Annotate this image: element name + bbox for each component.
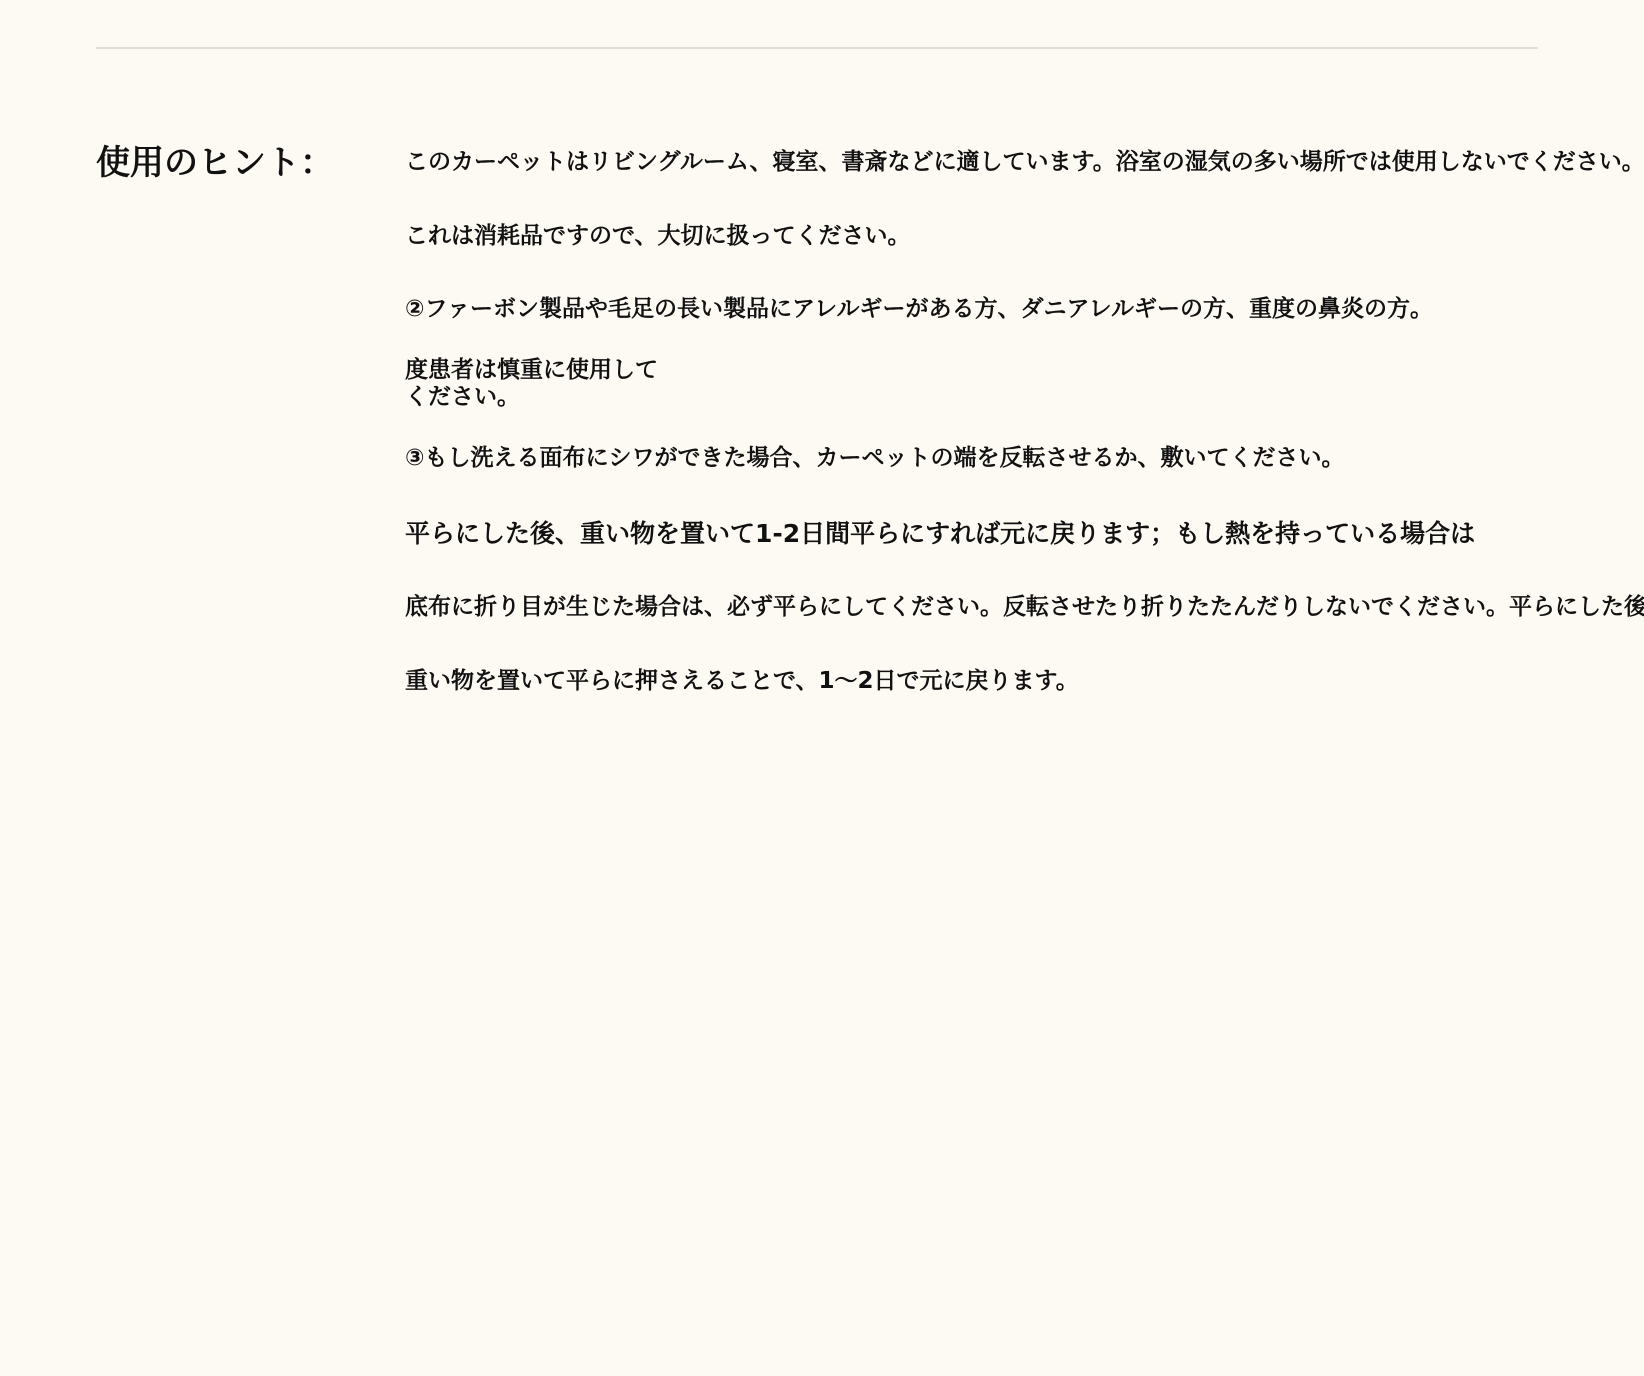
tip-line-press-flat: 重い物を置いて平らに押さえることで、1〜2日で元に戻ります。 xyxy=(405,667,1079,695)
tip-line-allergy-warning: ②ファーボン製品や毛足の長い製品にアレルギーがある方、ダニアレルギーの方、重度の… xyxy=(405,295,1433,323)
tip-line-wrinkle-fix: ③もし洗える面布にシワができた場合、カーペットの端を反転させるか、敷いてください… xyxy=(405,444,1344,472)
tip-line-flatten-weight: 平らにした後、重い物を置いて1-2日間平らにすれば元に戻ります；もし熱を持ってい… xyxy=(405,520,1475,548)
tip-line-allergy-caution-part2: ください。 xyxy=(405,384,658,411)
tip-line-backing-crease: 底布に折り目が生じた場合は、必ず平らにしてください。反転させたり折りたたんだりし… xyxy=(405,593,1644,621)
tip-line-allergy-caution: 度患者は慎重に使用して ください。 xyxy=(405,357,658,411)
usage-tips-heading: 使用のヒント： xyxy=(96,140,334,186)
tip-line-suitable-rooms: このカーペットはリビングルーム、寝室、書斎などに適しています。浴室の湿気の多い場… xyxy=(405,148,1644,176)
tip-line-allergy-caution-part1: 度患者は慎重に使用して xyxy=(405,357,658,384)
top-divider xyxy=(96,47,1538,49)
tip-line-consumable: これは消耗品ですので、大切に扱ってください。 xyxy=(405,222,911,250)
